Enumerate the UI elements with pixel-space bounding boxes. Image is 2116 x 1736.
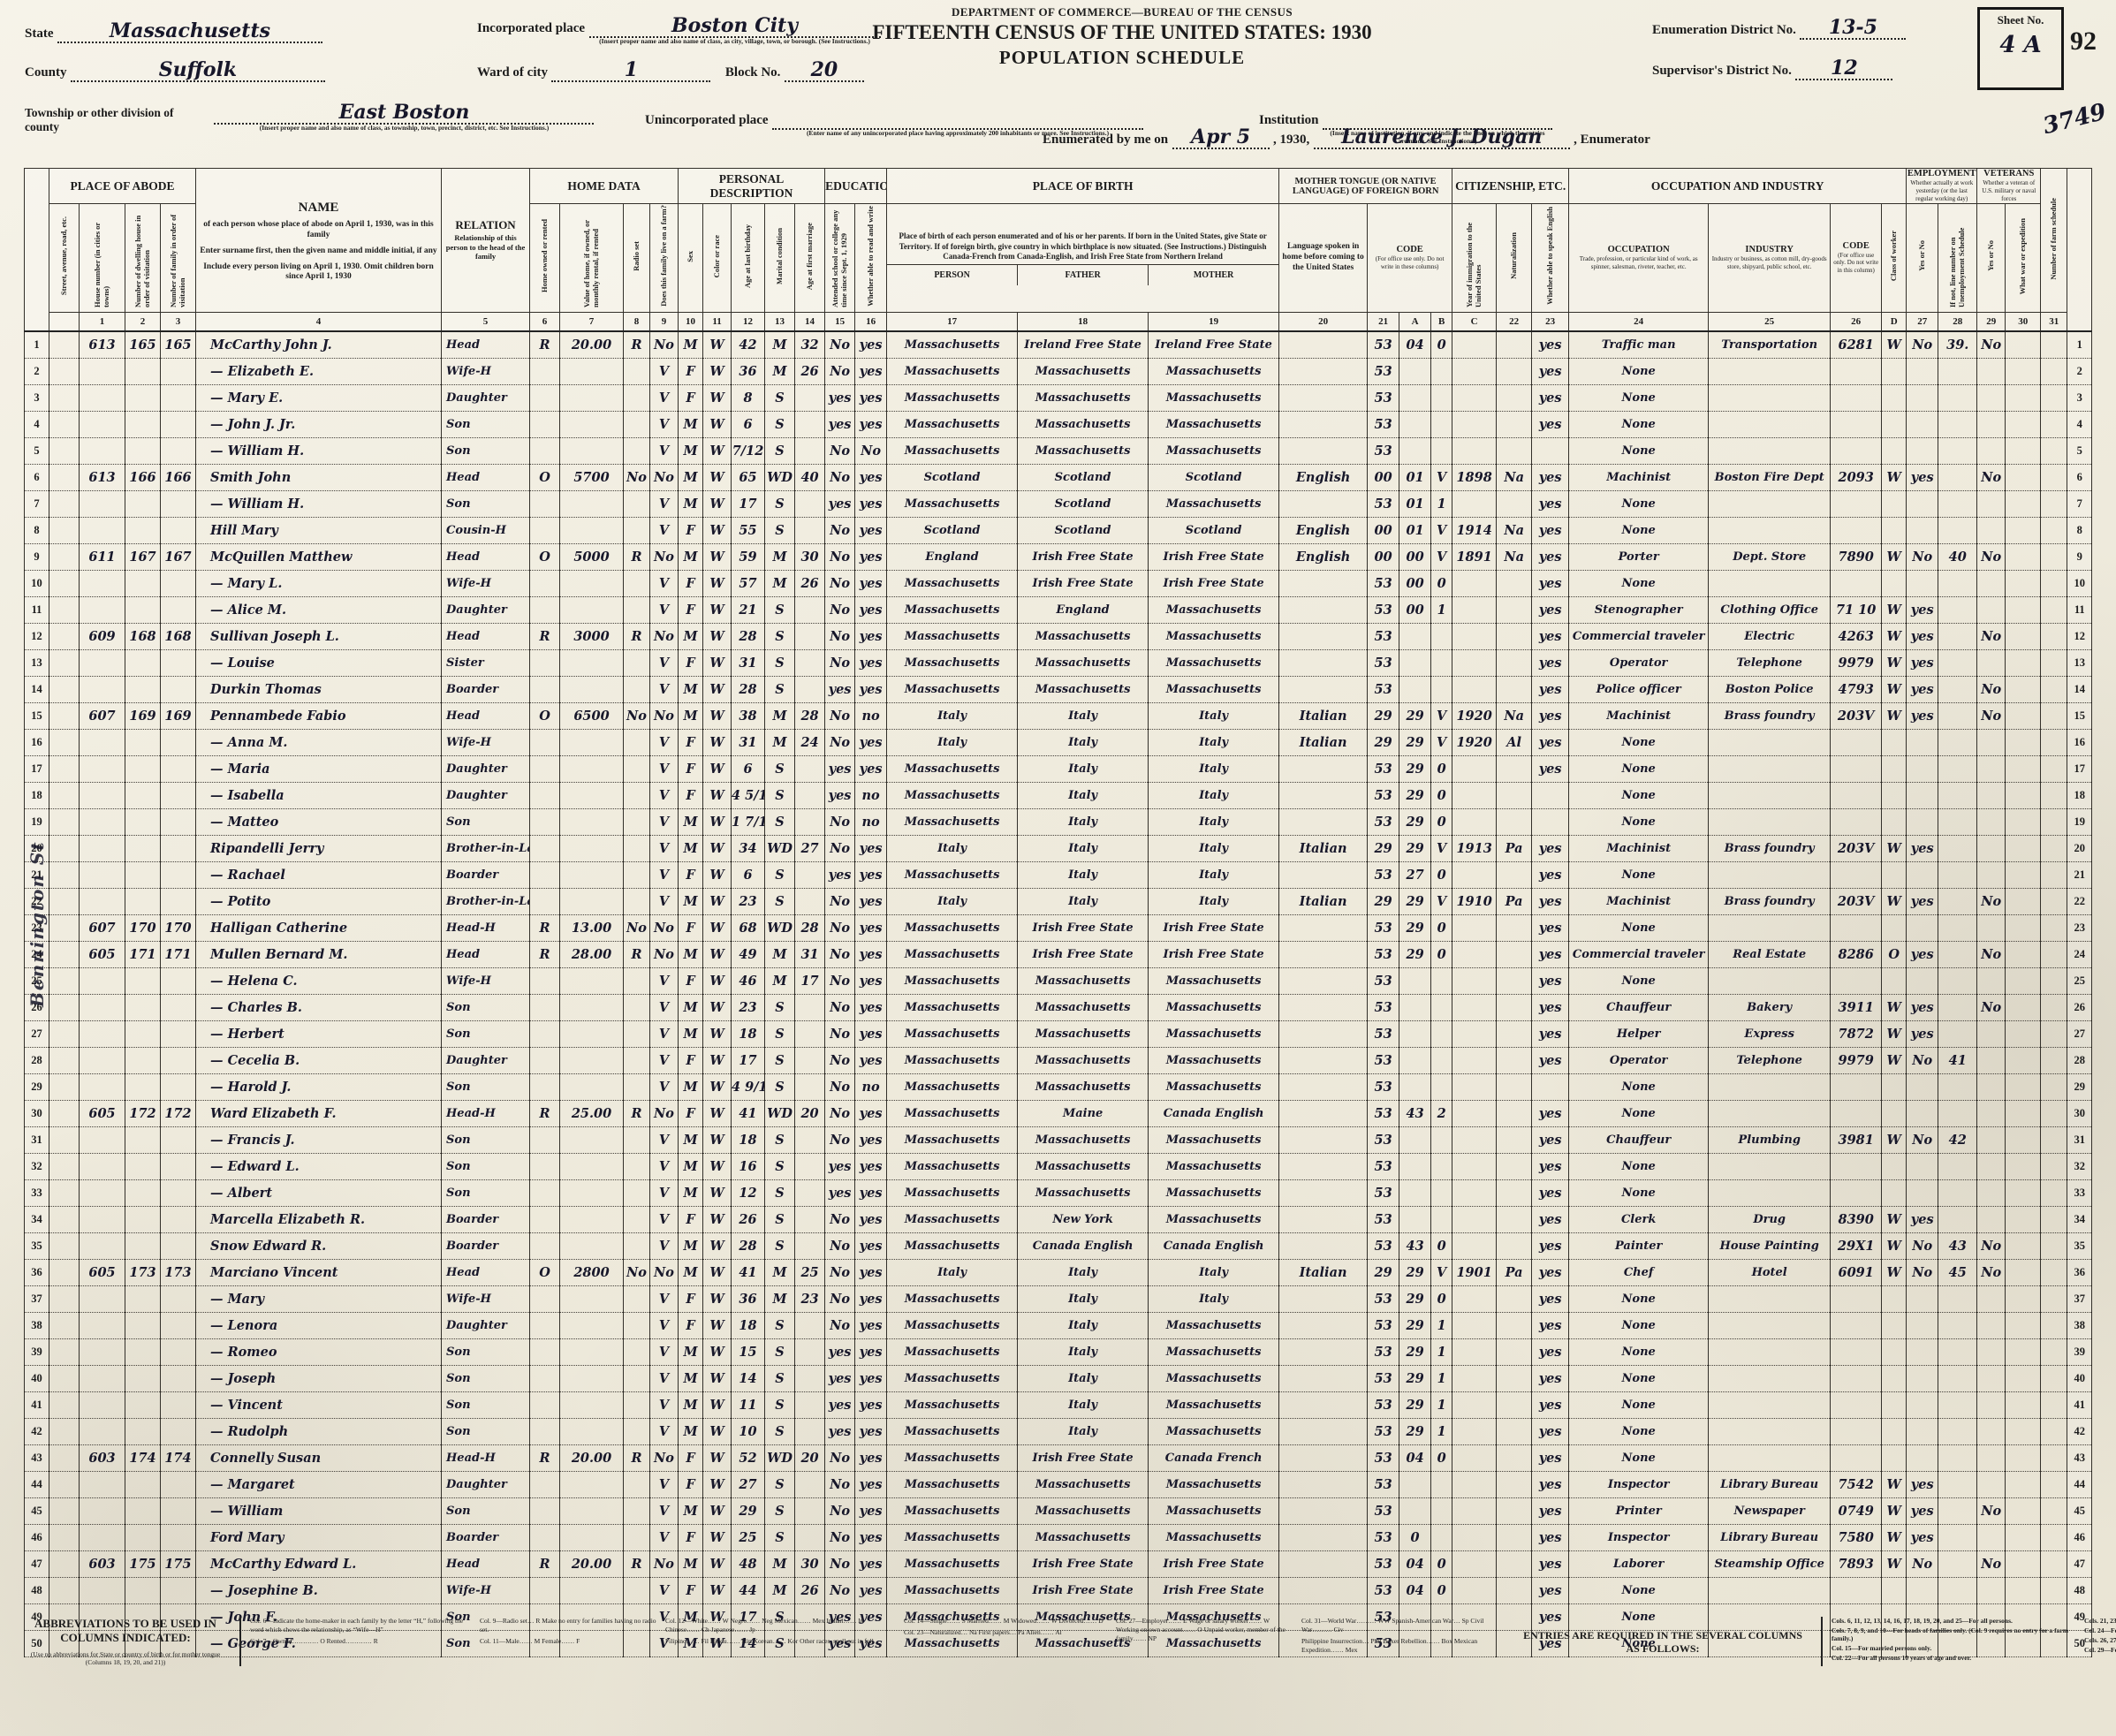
table-cell <box>1938 809 1977 836</box>
table-cell: yes <box>855 1419 887 1445</box>
table-cell <box>624 571 650 597</box>
table-cell: Na <box>1497 703 1532 730</box>
table-cell: 40 <box>25 1366 49 1392</box>
table-cell <box>1399 1074 1431 1101</box>
table-cell: 7 <box>25 491 49 518</box>
table-cell: W <box>703 809 732 836</box>
table-cell: yes <box>855 412 887 438</box>
table-cell: None <box>1569 1101 1709 1127</box>
table-cell: Bakery <box>1709 995 1831 1021</box>
table-cell <box>1977 1180 2006 1207</box>
incorporated-line[interactable]: Boston City(Insert proper name and also … <box>589 19 881 38</box>
table-cell <box>1279 624 1368 650</box>
column-number: 29 <box>1977 313 2006 332</box>
table-cell: yes <box>1532 1233 1569 1260</box>
table-cell: Wife-H <box>442 1578 530 1604</box>
table-cell: Italy <box>1018 862 1149 889</box>
table-cell <box>1907 915 1938 942</box>
table-cell <box>624 518 650 544</box>
sheet-stamp: 3749 <box>2040 99 2108 140</box>
table-cell: Italian <box>1279 836 1368 862</box>
table-cell <box>1907 730 1938 756</box>
table-cell: Massachusetts <box>1149 1127 1279 1154</box>
table-cell: Son <box>442 1366 530 1392</box>
table-cell: 8286 <box>1831 942 1882 968</box>
table-cell: yes <box>825 1366 855 1392</box>
block-label: Block No. <box>725 65 781 80</box>
table-cell: W <box>703 1551 732 1578</box>
table-cell <box>2041 1498 2067 1525</box>
table-cell: Halligan Catherine <box>196 915 442 942</box>
table-cell: Massachusetts <box>1018 385 1149 412</box>
table-cell: W <box>703 1286 732 1313</box>
table-cell: 0 <box>1431 1551 1452 1578</box>
table-cell <box>1977 438 2006 465</box>
table-cell: 53 <box>1368 1525 1399 1551</box>
table-cell: Massachusetts <box>1018 1154 1149 1180</box>
table-cell <box>624 1233 650 1260</box>
table-cell: 30 <box>795 1551 825 1578</box>
table-cell: Snow Edward R. <box>196 1233 442 1260</box>
table-cell: None <box>1569 412 1709 438</box>
table-cell: No <box>1977 995 2006 1021</box>
table-cell <box>1882 359 1907 385</box>
table-cell: 31 <box>2067 1127 2092 1154</box>
table-cell: S <box>765 650 795 677</box>
table-cell <box>80 359 125 385</box>
table-cell: None <box>1569 783 1709 809</box>
table-cell: Massachusetts <box>887 1551 1018 1578</box>
table-cell: 14 <box>732 1366 765 1392</box>
table-cell: W <box>1882 544 1907 571</box>
table-cell: 1 <box>1431 1392 1452 1419</box>
table-cell <box>2041 1551 2067 1578</box>
table-cell <box>530 1366 560 1392</box>
table-cell: 53 <box>1368 1154 1399 1180</box>
table-cell: R <box>624 1551 650 1578</box>
table-cell <box>530 491 560 518</box>
table-cell: 42 <box>1938 1127 1977 1154</box>
table-cell <box>80 1419 125 1445</box>
table-cell <box>795 438 825 465</box>
table-cell: 0749 <box>1831 1498 1882 1525</box>
enumerated-date-line[interactable]: Apr 5 <box>1172 131 1270 149</box>
table-row: 5— William H.SonVMW7/12SNoNoMassachusett… <box>25 438 2092 465</box>
table-cell <box>624 1472 650 1498</box>
group-personal-description: PERSONAL DESCRIPTION <box>679 169 825 204</box>
table-cell <box>1831 915 1882 942</box>
table-cell <box>795 650 825 677</box>
table-cell: yes <box>855 915 887 942</box>
table-cell: No <box>825 465 855 491</box>
table-cell <box>1938 1101 1977 1127</box>
table-cell: No <box>825 1472 855 1498</box>
table-row: 36605173173Marciano VincentHeadO2800NoNo… <box>25 1260 2092 1286</box>
table-cell <box>1977 1392 2006 1419</box>
table-cell <box>560 889 624 915</box>
table-cell: 1901 <box>1452 1260 1497 1286</box>
table-cell: yes <box>1907 465 1938 491</box>
table-cell <box>2041 862 2067 889</box>
table-cell <box>1452 491 1497 518</box>
table-cell: Italy <box>887 1260 1018 1286</box>
table-cell: W <box>703 1498 732 1525</box>
table-cell <box>1452 809 1497 836</box>
table-cell <box>1938 1551 1977 1578</box>
table-cell: 0 <box>1431 942 1452 968</box>
table-cell: yes <box>855 544 887 571</box>
table-cell: 12 <box>2067 624 2092 650</box>
table-cell <box>125 730 161 756</box>
sup-district-label: Supervisor's District No. <box>1652 64 1792 78</box>
table-row: 8Hill MaryCousin-HVFW55SNoyesScotlandSco… <box>25 518 2092 544</box>
table-cell <box>161 836 196 862</box>
table-cell <box>2006 1392 2041 1419</box>
table-cell <box>1279 1207 1368 1233</box>
table-cell: No <box>825 915 855 942</box>
table-cell: W <box>1882 836 1907 862</box>
table-row: 40— JosephSonVMW14SyesyesMassachusettsIt… <box>25 1366 2092 1392</box>
line-number-header-right <box>2067 169 2092 332</box>
table-cell <box>795 677 825 703</box>
table-cell: Massachusetts <box>887 571 1018 597</box>
table-cell <box>1907 756 1938 783</box>
table-cell: V <box>1431 465 1452 491</box>
table-cell: yes <box>825 1180 855 1207</box>
table-cell: yes <box>1532 968 1569 995</box>
table-cell <box>1977 571 2006 597</box>
table-cell: 43 <box>1399 1233 1431 1260</box>
table-cell: 53 <box>1368 1366 1399 1392</box>
table-cell: yes <box>1907 1472 1938 1498</box>
table-cell: Massachusetts <box>1149 385 1279 412</box>
table-cell <box>624 968 650 995</box>
table-cell <box>2006 1366 2041 1392</box>
table-cell: V <box>650 1392 679 1419</box>
table-cell <box>560 1286 624 1313</box>
table-cell: 53 <box>1368 1498 1399 1525</box>
table-cell: Pa <box>1497 836 1532 862</box>
column-number: 8 <box>624 313 650 332</box>
table-cell <box>1938 624 1977 650</box>
table-cell: 603 <box>80 1445 125 1472</box>
table-cell <box>161 1233 196 1260</box>
table-cell <box>80 889 125 915</box>
table-cell: 19 <box>2067 809 2092 836</box>
table-cell: Massachusetts <box>1149 1154 1279 1180</box>
table-cell: 23 <box>732 889 765 915</box>
sup-district-line[interactable]: 12 <box>1795 62 1892 80</box>
table-cell <box>560 571 624 597</box>
table-cell <box>1977 915 2006 942</box>
table-cell <box>1399 995 1431 1021</box>
table-cell <box>624 359 650 385</box>
table-cell: Transportation <box>1709 331 1831 359</box>
table-cell <box>161 597 196 624</box>
table-cell: R <box>530 915 560 942</box>
col-farm-schedule: Number of farm schedule <box>2041 169 2067 313</box>
table-cell: 17 <box>25 756 49 783</box>
table-cell: V <box>1431 889 1452 915</box>
table-cell: 20.00 <box>560 331 624 359</box>
table-cell: Massachusetts <box>887 1286 1018 1313</box>
table-cell: Italy <box>1018 703 1149 730</box>
table-cell: None <box>1569 1366 1709 1392</box>
table-cell <box>161 412 196 438</box>
table-cell: 9 <box>25 544 49 571</box>
table-cell: W <box>703 1366 732 1392</box>
table-cell <box>161 968 196 995</box>
table-cell: Head <box>442 1260 530 1286</box>
table-cell <box>1279 677 1368 703</box>
table-cell: Italian <box>1279 730 1368 756</box>
table-cell <box>624 1366 650 1392</box>
table-cell: No <box>650 1445 679 1472</box>
table-cell: Chef <box>1569 1260 1709 1286</box>
table-cell: 16 <box>732 1154 765 1180</box>
table-cell: Massachusetts <box>1018 438 1149 465</box>
table-cell: 71 10 <box>1831 597 1882 624</box>
table-cell: No <box>825 968 855 995</box>
table-cell <box>1882 1339 1907 1366</box>
table-cell <box>1977 862 2006 889</box>
relation-note: Relationship of this person to the head … <box>442 232 529 262</box>
table-cell: R <box>624 331 650 359</box>
table-cell: Stenographer <box>1569 597 1709 624</box>
table-cell: Italy <box>1018 1286 1149 1313</box>
table-cell: W <box>703 1048 732 1074</box>
table-cell: 53 <box>1368 1578 1399 1604</box>
table-cell <box>1279 1551 1368 1578</box>
table-cell <box>2006 1313 2041 1339</box>
table-cell: Massachusetts <box>1018 1021 1149 1048</box>
column-number: 26 <box>1831 313 1882 332</box>
sheet-value: 4 A <box>1980 27 2061 63</box>
table-cell: yes <box>855 518 887 544</box>
table-cell: yes <box>1532 650 1569 677</box>
table-cell: yes <box>825 1339 855 1366</box>
table-cell <box>1907 571 1938 597</box>
table-cell: Marcella Elizabeth R. <box>196 1207 442 1233</box>
table-cell <box>2006 995 2041 1021</box>
col-home-value: Value of home, if owned, or monthly rent… <box>560 204 624 313</box>
table-cell: S <box>765 412 795 438</box>
county-line[interactable]: Suffolk <box>71 64 325 82</box>
table-cell <box>125 1154 161 1180</box>
table-cell <box>2041 942 2067 968</box>
table-cell: yes <box>1907 889 1938 915</box>
table-cell: 7 <box>2067 491 2092 518</box>
table-cell: WD <box>765 1445 795 1472</box>
place-of-birth-note: Place of birth of each person enumerated… <box>887 204 1279 313</box>
table-cell: Canada English <box>1149 1101 1279 1127</box>
table-cell: 53 <box>1368 359 1399 385</box>
table-cell: 1 <box>1431 1339 1452 1366</box>
table-cell: R <box>530 1101 560 1127</box>
table-cell: 29 <box>1368 730 1399 756</box>
table-cell: W <box>1882 331 1907 359</box>
table-cell: None <box>1569 1074 1709 1101</box>
table-cell: 1 <box>1431 491 1452 518</box>
table-cell: 45 <box>2067 1498 2092 1525</box>
table-cell: Daughter <box>442 1048 530 1074</box>
table-cell: 28 <box>795 703 825 730</box>
table-cell: W <box>1882 1498 1907 1525</box>
table-cell: Scotland <box>1149 518 1279 544</box>
ward-line[interactable]: 1 <box>551 64 710 82</box>
table-cell: English <box>1279 465 1368 491</box>
table-cell <box>80 1578 125 1604</box>
table-cell: No <box>825 571 855 597</box>
table-cell: Traffic man <box>1569 331 1709 359</box>
table-cell: 00 <box>1399 597 1431 624</box>
table-cell: 46 <box>25 1525 49 1551</box>
table-cell: yes <box>1532 1498 1569 1525</box>
table-cell: Machinist <box>1569 836 1709 862</box>
table-cell <box>80 1313 125 1339</box>
table-cell <box>2006 1260 2041 1286</box>
table-cell: 53 <box>1368 942 1399 968</box>
table-cell: Boarder <box>442 677 530 703</box>
table-cell: — William H. <box>196 491 442 518</box>
table-cell <box>1907 862 1938 889</box>
table-cell: V <box>650 862 679 889</box>
table-cell <box>530 677 560 703</box>
table-cell: None <box>1569 491 1709 518</box>
table-cell: yes <box>1532 624 1569 650</box>
table-cell <box>624 1154 650 1180</box>
table-cell: 43 <box>25 1445 49 1472</box>
table-cell <box>624 1286 650 1313</box>
table-cell <box>80 783 125 809</box>
table-cell: Daughter <box>442 756 530 783</box>
table-cell: W <box>703 1260 732 1286</box>
table-cell: Son <box>442 1127 530 1154</box>
column-number: 9 <box>650 313 679 332</box>
table-cell: R <box>530 1551 560 1578</box>
table-cell: W <box>1882 1551 1907 1578</box>
table-cell <box>49 1392 80 1419</box>
table-cell <box>624 995 650 1021</box>
table-cell <box>161 491 196 518</box>
table-cell: 53 <box>1368 438 1399 465</box>
table-cell <box>1279 597 1368 624</box>
column-number: D <box>1882 313 1907 332</box>
table-cell: Massachusetts <box>887 650 1018 677</box>
table-cell: Daughter <box>442 1313 530 1339</box>
table-row: 25— Helena C.Wife-HVFW46M17NoyesMassachu… <box>25 968 2092 995</box>
table-cell: W <box>1882 1233 1907 1260</box>
table-cell <box>1452 1392 1497 1419</box>
table-cell: W <box>703 412 732 438</box>
table-cell: 10 <box>2067 571 2092 597</box>
enumerated-date: Apr 5 <box>1184 125 1257 148</box>
table-cell <box>1977 730 2006 756</box>
table-cell: W <box>703 677 732 703</box>
table-cell: None <box>1569 359 1709 385</box>
table-cell: Massachusetts <box>1149 412 1279 438</box>
table-cell <box>1938 1154 1977 1180</box>
table-cell <box>1431 1048 1452 1074</box>
abbrev-col-b: Col. 9—Radio set… R Make no entry for fa… <box>480 1617 656 1666</box>
table-row: 43603174174Connelly SusanHead-HR20.00RNo… <box>25 1445 2092 1472</box>
table-cell: Massachusetts <box>1018 1472 1149 1498</box>
table-cell <box>1882 412 1907 438</box>
table-cell: V <box>650 438 679 465</box>
table-cell <box>49 1286 80 1313</box>
table-cell <box>1938 942 1977 968</box>
table-cell <box>1452 385 1497 412</box>
table-cell: No <box>650 624 679 650</box>
table-cell <box>49 465 80 491</box>
column-number: 17 <box>887 313 1018 332</box>
table-cell: yes <box>1532 1578 1569 1604</box>
table-cell: Porter <box>1569 544 1709 571</box>
table-row: 18— IsabellaDaughterVFW4 5/12SyesnoMassa… <box>25 783 2092 809</box>
table-cell: 53 <box>1368 1207 1399 1233</box>
table-cell: Son <box>442 1419 530 1445</box>
state-line[interactable]: Massachusetts <box>57 25 322 43</box>
table-cell: W <box>703 1180 732 1207</box>
table-cell <box>1497 677 1532 703</box>
table-cell: — Rachael <box>196 862 442 889</box>
table-cell: 00 <box>1399 544 1431 571</box>
table-cell <box>1399 1048 1431 1074</box>
table-cell: 01 <box>1399 465 1431 491</box>
table-row: 39— RomeoSonVMW15SyesyesMassachusettsIta… <box>25 1339 2092 1366</box>
table-cell: M <box>679 1074 703 1101</box>
table-cell <box>1452 624 1497 650</box>
table-cell: Library Bureau <box>1709 1472 1831 1498</box>
table-cell: Irish Free State <box>1018 1551 1149 1578</box>
table-cell: Italy <box>887 730 1018 756</box>
table-cell <box>1938 756 1977 783</box>
footer-note: Col. 29—For all males 21 years of age an… <box>2084 1646 2116 1654</box>
table-cell: yes <box>825 783 855 809</box>
township-line[interactable]: East Boston(Insert proper name and also … <box>214 106 594 125</box>
table-cell <box>49 915 80 942</box>
unincorporated-line[interactable]: (Enter name of any unincorporated place … <box>772 111 1143 130</box>
table-cell: 20 <box>2067 836 2092 862</box>
table-cell <box>1977 650 2006 677</box>
table-cell: Son <box>442 1154 530 1180</box>
table-cell <box>2006 915 2041 942</box>
enum-district-line[interactable]: 13-5 <box>1800 21 1906 40</box>
table-cell <box>1977 756 2006 783</box>
table-cell: 6 <box>732 756 765 783</box>
table-cell: 1910 <box>1452 889 1497 915</box>
table-cell <box>2006 1551 2041 1578</box>
table-cell <box>1831 1366 1882 1392</box>
enumerator-name-line[interactable]: Laurence J. Dugan <box>1314 131 1570 149</box>
table-cell: 42 <box>732 331 765 359</box>
table-cell: — Albert <box>196 1180 442 1207</box>
table-cell: 53 <box>1368 1127 1399 1154</box>
table-cell: 11 <box>2067 597 2092 624</box>
table-cell: 607 <box>80 915 125 942</box>
table-cell: None <box>1569 1445 1709 1472</box>
table-cell <box>125 491 161 518</box>
footer-note: Col. 15—For married persons only. <box>1832 1644 2074 1652</box>
col-age-at-marriage: Age at first marriage <box>795 204 825 313</box>
table-cell: M <box>679 1260 703 1286</box>
table-cell: 173 <box>161 1260 196 1286</box>
table-cell: Wife-H <box>442 571 530 597</box>
page-title: FIFTEENTH CENSUS OF THE UNITED STATES: 1… <box>839 21 1405 44</box>
table-cell: yes <box>825 756 855 783</box>
table-cell: — John J. Jr. <box>196 412 442 438</box>
table-cell <box>1938 1366 1977 1392</box>
